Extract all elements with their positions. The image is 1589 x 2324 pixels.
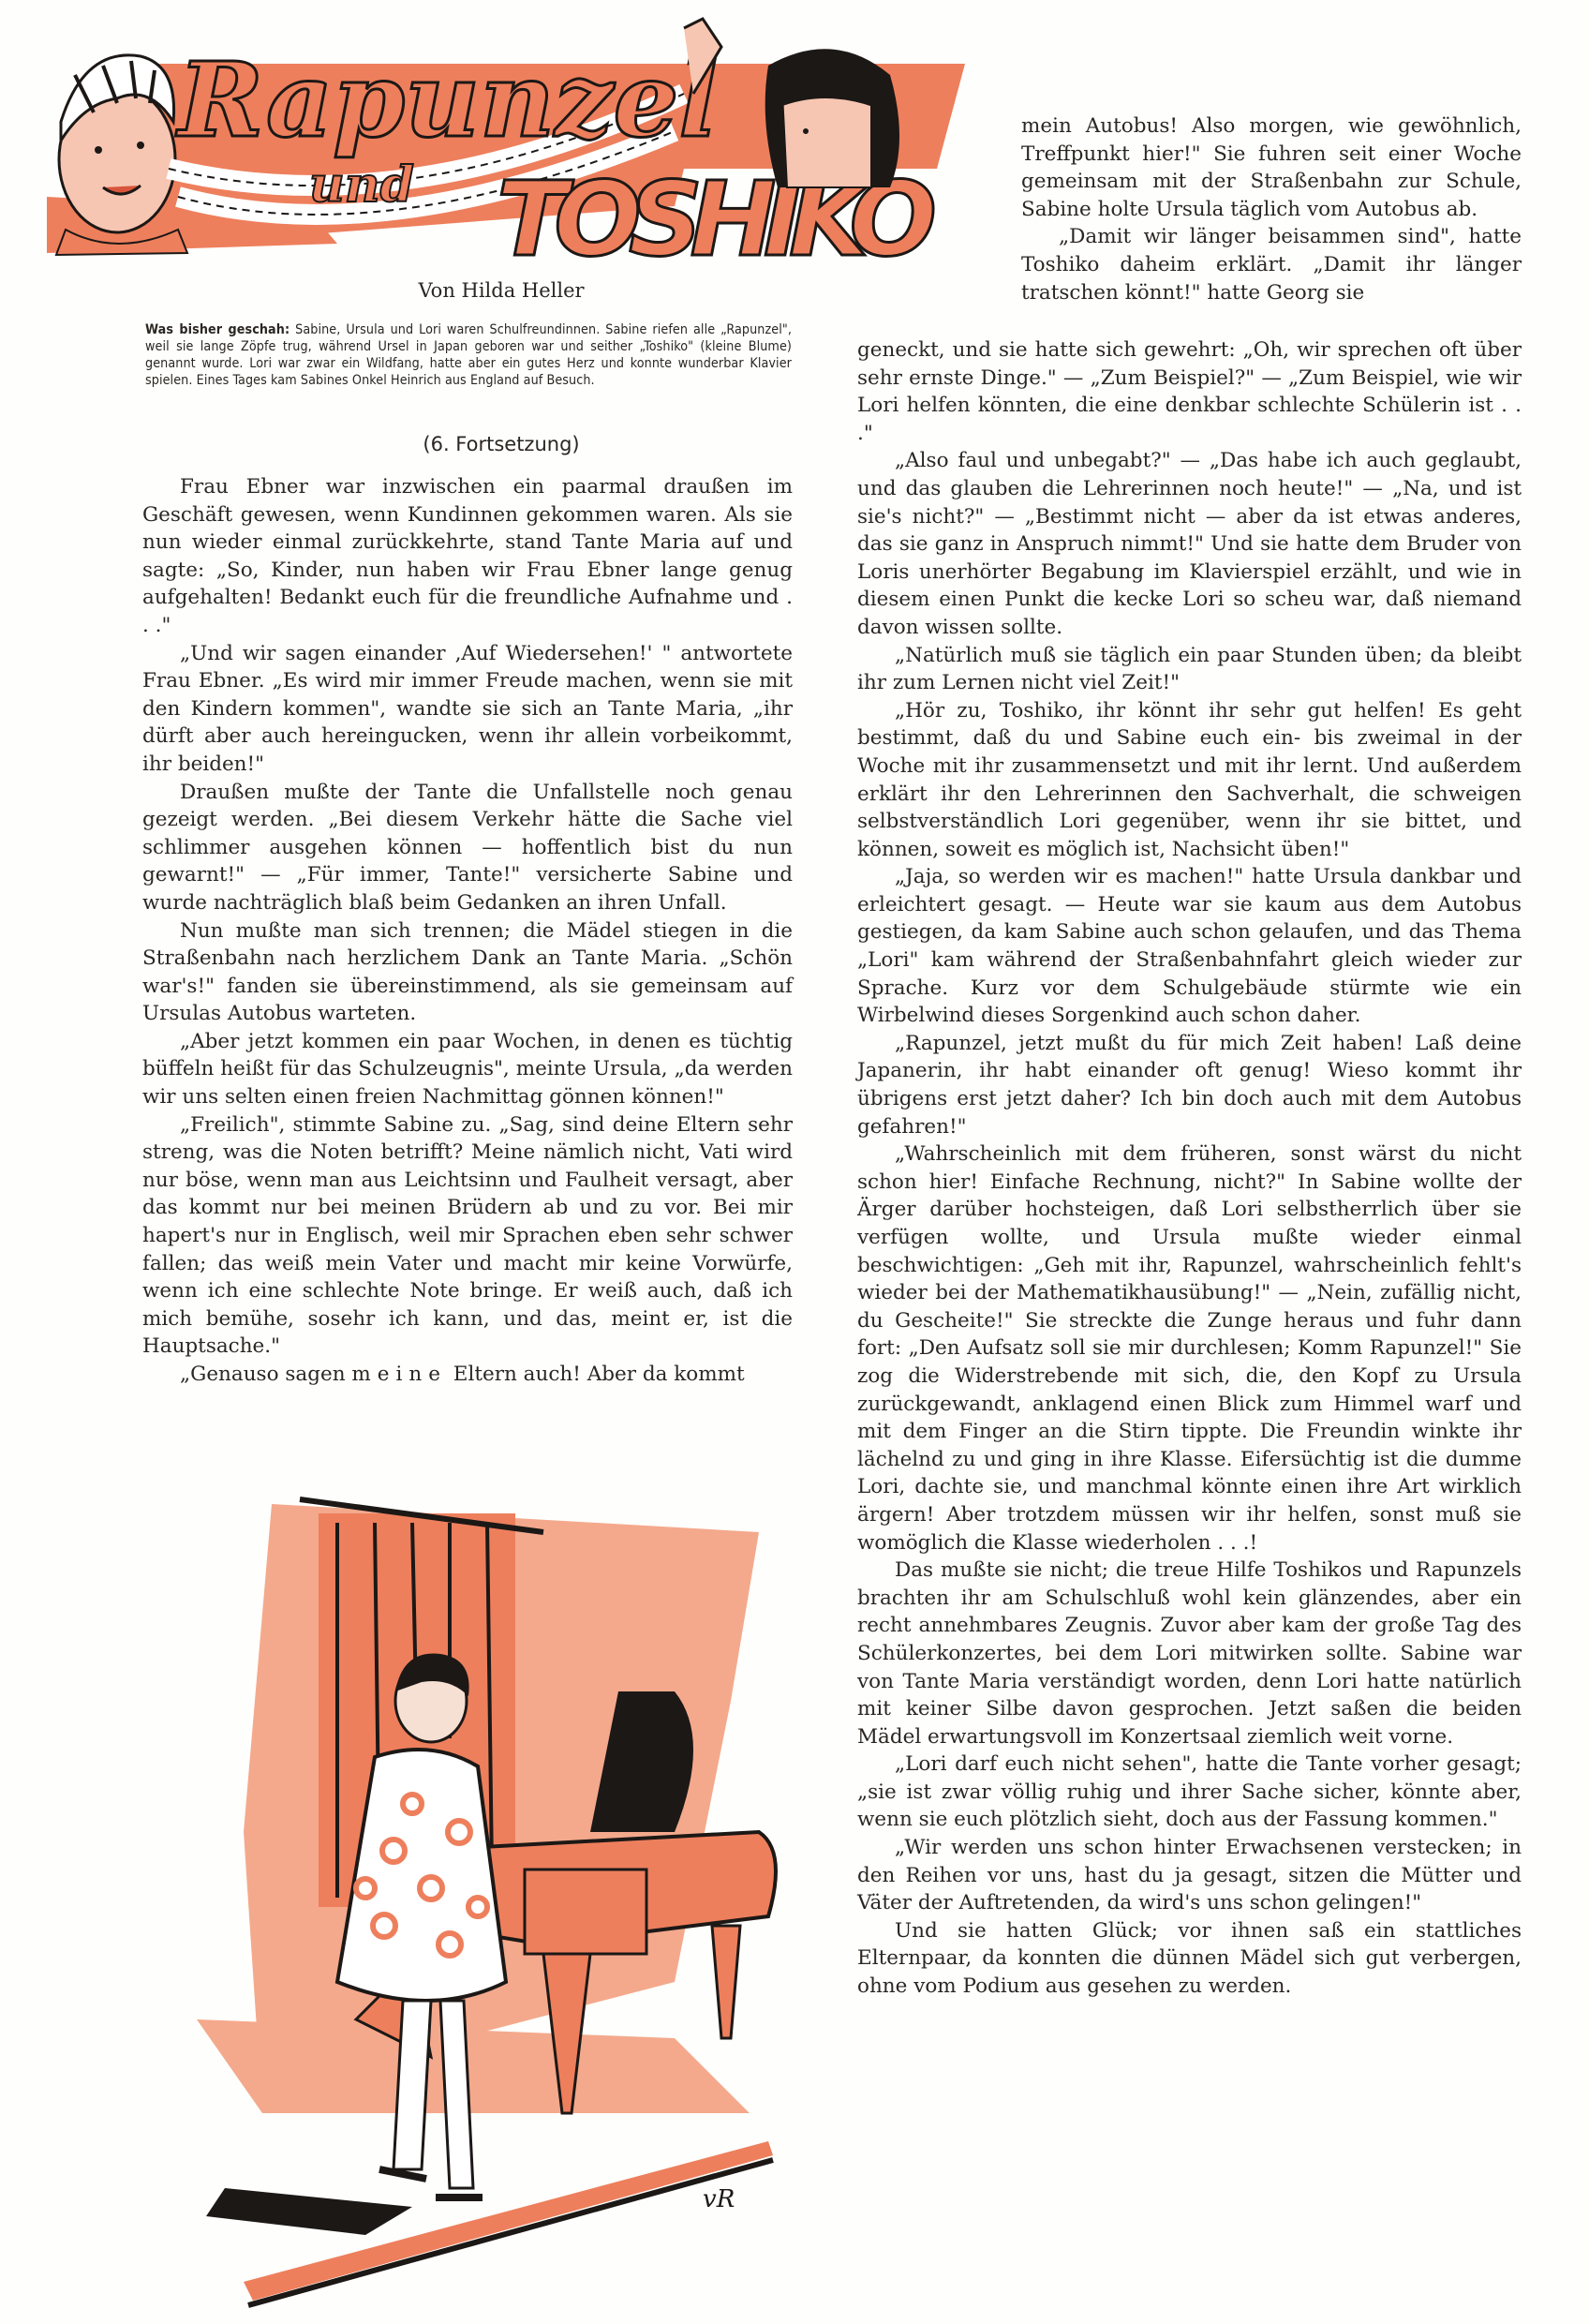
title-und: und [309,156,414,214]
installment-number: (6. Fortsetzung) [361,433,642,455]
piano-illustration: vR [150,1457,787,2310]
paragraph: „Wahrscheinlich mit dem früheren, sonst … [857,1140,1522,1557]
paragraph: „Wir werden uns schon hinter Erwachsenen… [857,1834,1522,1917]
paragraph: Frau Ebner war inzwischen ein paarmal dr… [142,473,793,640]
paragraph: „Freilich", stimmte Sabine zu. „Sag, sin… [142,1111,793,1361]
right-column-top: mein Autobus! Also morgen, wie gewöhnlic… [1021,112,1522,306]
left-column: Frau Ebner war inzwischen ein paarmal dr… [142,473,793,1389]
paragraph: „Aber jetzt kommen ein paar Wochen, in d… [142,1028,793,1111]
paragraph-continuation: mein Autobus! Also morgen, wie gewöhnlic… [1021,112,1522,223]
author-byline: Von Hilda Heller [361,279,642,302]
magazine-page: Rapunzel und TOSHIKO Von Hilda Heller Wa… [0,0,1589,2324]
paragraph-continuation: geneckt, und sie hatte sich gewehrt: „Oh… [857,336,1522,447]
title-banner-art: Rapunzel und TOSHIKO [28,9,974,272]
text-fragment: Eltern auch! Aber da kommt [447,1363,745,1386]
paragraph-continued: „Genauso sagen meine Eltern auch! Aber d… [142,1361,793,1389]
paragraph: „Lori darf euch nicht sehen", hatte die … [857,1750,1522,1834]
girl-piano-art: vR [150,1457,787,2310]
emphasized-word: meine [351,1363,447,1386]
paragraph: „Rapunzel, jetzt mußt du für mich Zeit h… [857,1030,1522,1140]
paragraph: Draußen mußte der Tante die Unfallstelle… [142,779,793,917]
artist-signature: vR [703,2185,735,2213]
paragraph: Und sie hatten Glück; vor ihnen saß ein … [857,1917,1522,2001]
text-fragment: „Genauso sagen [180,1363,351,1386]
title-rapunzel: Rapunzel [175,39,718,160]
paragraph: „Damit wir länger beisammen sind", hatte… [1021,223,1522,306]
paragraph: Nun mußte man sich trennen; die Mädel st… [142,917,793,1028]
paragraph: Das mußte sie nicht; die treue Hilfe Tos… [857,1557,1522,1750]
title-banner: Rapunzel und TOSHIKO [28,9,974,272]
paragraph: „Und wir sagen einander ‚Auf Wiedersehen… [142,640,793,779]
paragraph: „Hör zu, Toshiko, ihr könnt ihr sehr gut… [857,697,1522,864]
summary-label: Was bisher geschah: [145,322,290,337]
paragraph: „Jaja, so werden wir es machen!" hatte U… [857,863,1522,1030]
paragraph: „Also faul und unbegabt?" — „Das habe ic… [857,447,1522,641]
story-summary: Was bisher geschah: Sabine, Ursula und L… [145,321,792,389]
right-column: geneckt, und sie hatte sich gewehrt: „Oh… [857,336,1522,2001]
paragraph: „Natürlich muß sie täglich ein paar Stun… [857,642,1522,697]
